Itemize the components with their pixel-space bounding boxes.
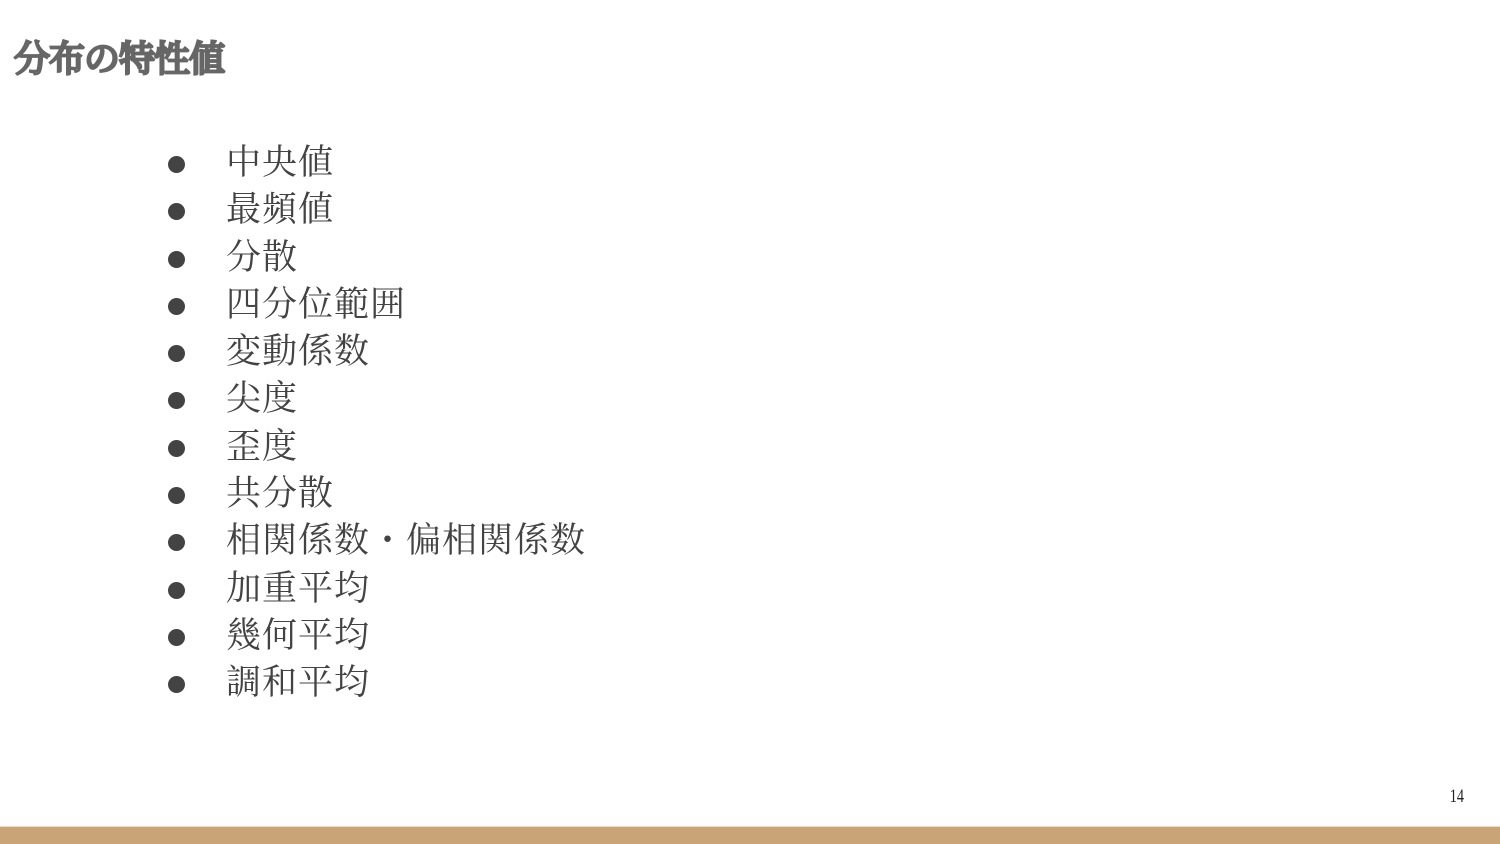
bullet-text: 加重平均 [226,566,370,613]
footer-bar [0,826,1500,844]
bullet-text: 歪度 [226,424,298,471]
bullet-dot-icon [168,676,185,693]
bullet-dot-icon [168,582,185,599]
bullet-text: 共分散 [226,471,334,518]
page-number: 14 [1450,786,1464,808]
bullet-text: 中央値 [226,140,334,187]
bullet-text: 分散 [226,235,298,282]
bullet-text: 調和平均 [226,660,370,707]
bullet-text: 尖度 [226,376,298,423]
bullet-dot-icon [168,534,185,551]
bullet-dot-icon [168,345,185,362]
bullet-dot-icon [168,203,185,220]
bullet-text: 幾何平均 [226,613,370,660]
bullet-dot-icon [168,440,185,457]
bullet-text: 最頻値 [226,187,334,234]
bullet-dot-icon [168,629,185,646]
bullet-text: 四分位範囲 [226,282,406,329]
bullet-dot-icon [168,487,185,504]
bullet-dot-icon [168,156,185,173]
slide: 分布の特性値 中央値 最頻値 分散 四分位範囲 変動係数 尖度 歪度 [0,0,1500,844]
bullet-dot-icon [168,298,185,315]
bullet-text: 相関係数・偏相関係数 [226,518,586,565]
bullet-dot-icon [168,392,185,409]
bullet-dot-icon [168,251,185,268]
bullet-text: 変動係数 [226,329,370,376]
slide-title: 分布の特性値 [14,36,224,84]
